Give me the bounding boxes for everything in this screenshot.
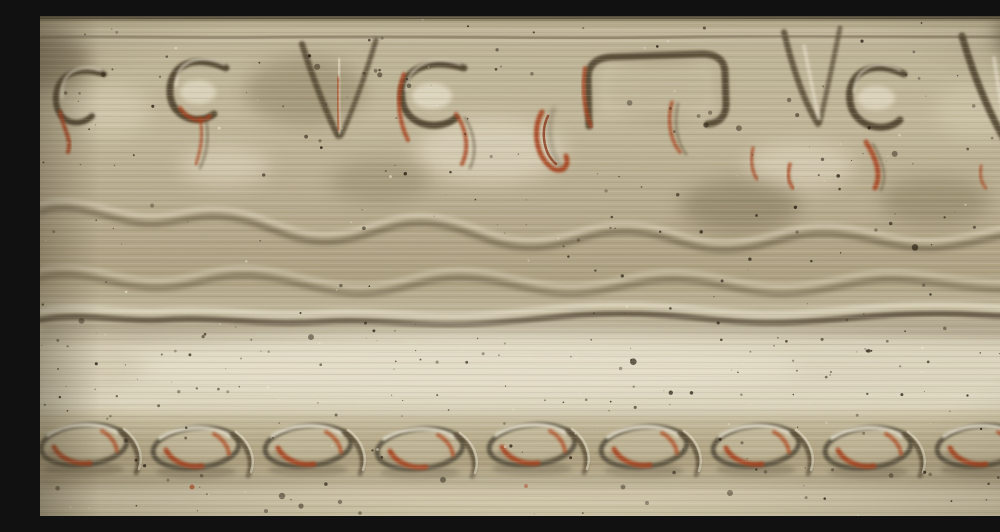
frame-moulding-photo: Close-up of an ornately carved giltwood … [40,16,1000,516]
frame-moulding-art [40,16,1000,516]
vignette [40,16,1000,516]
